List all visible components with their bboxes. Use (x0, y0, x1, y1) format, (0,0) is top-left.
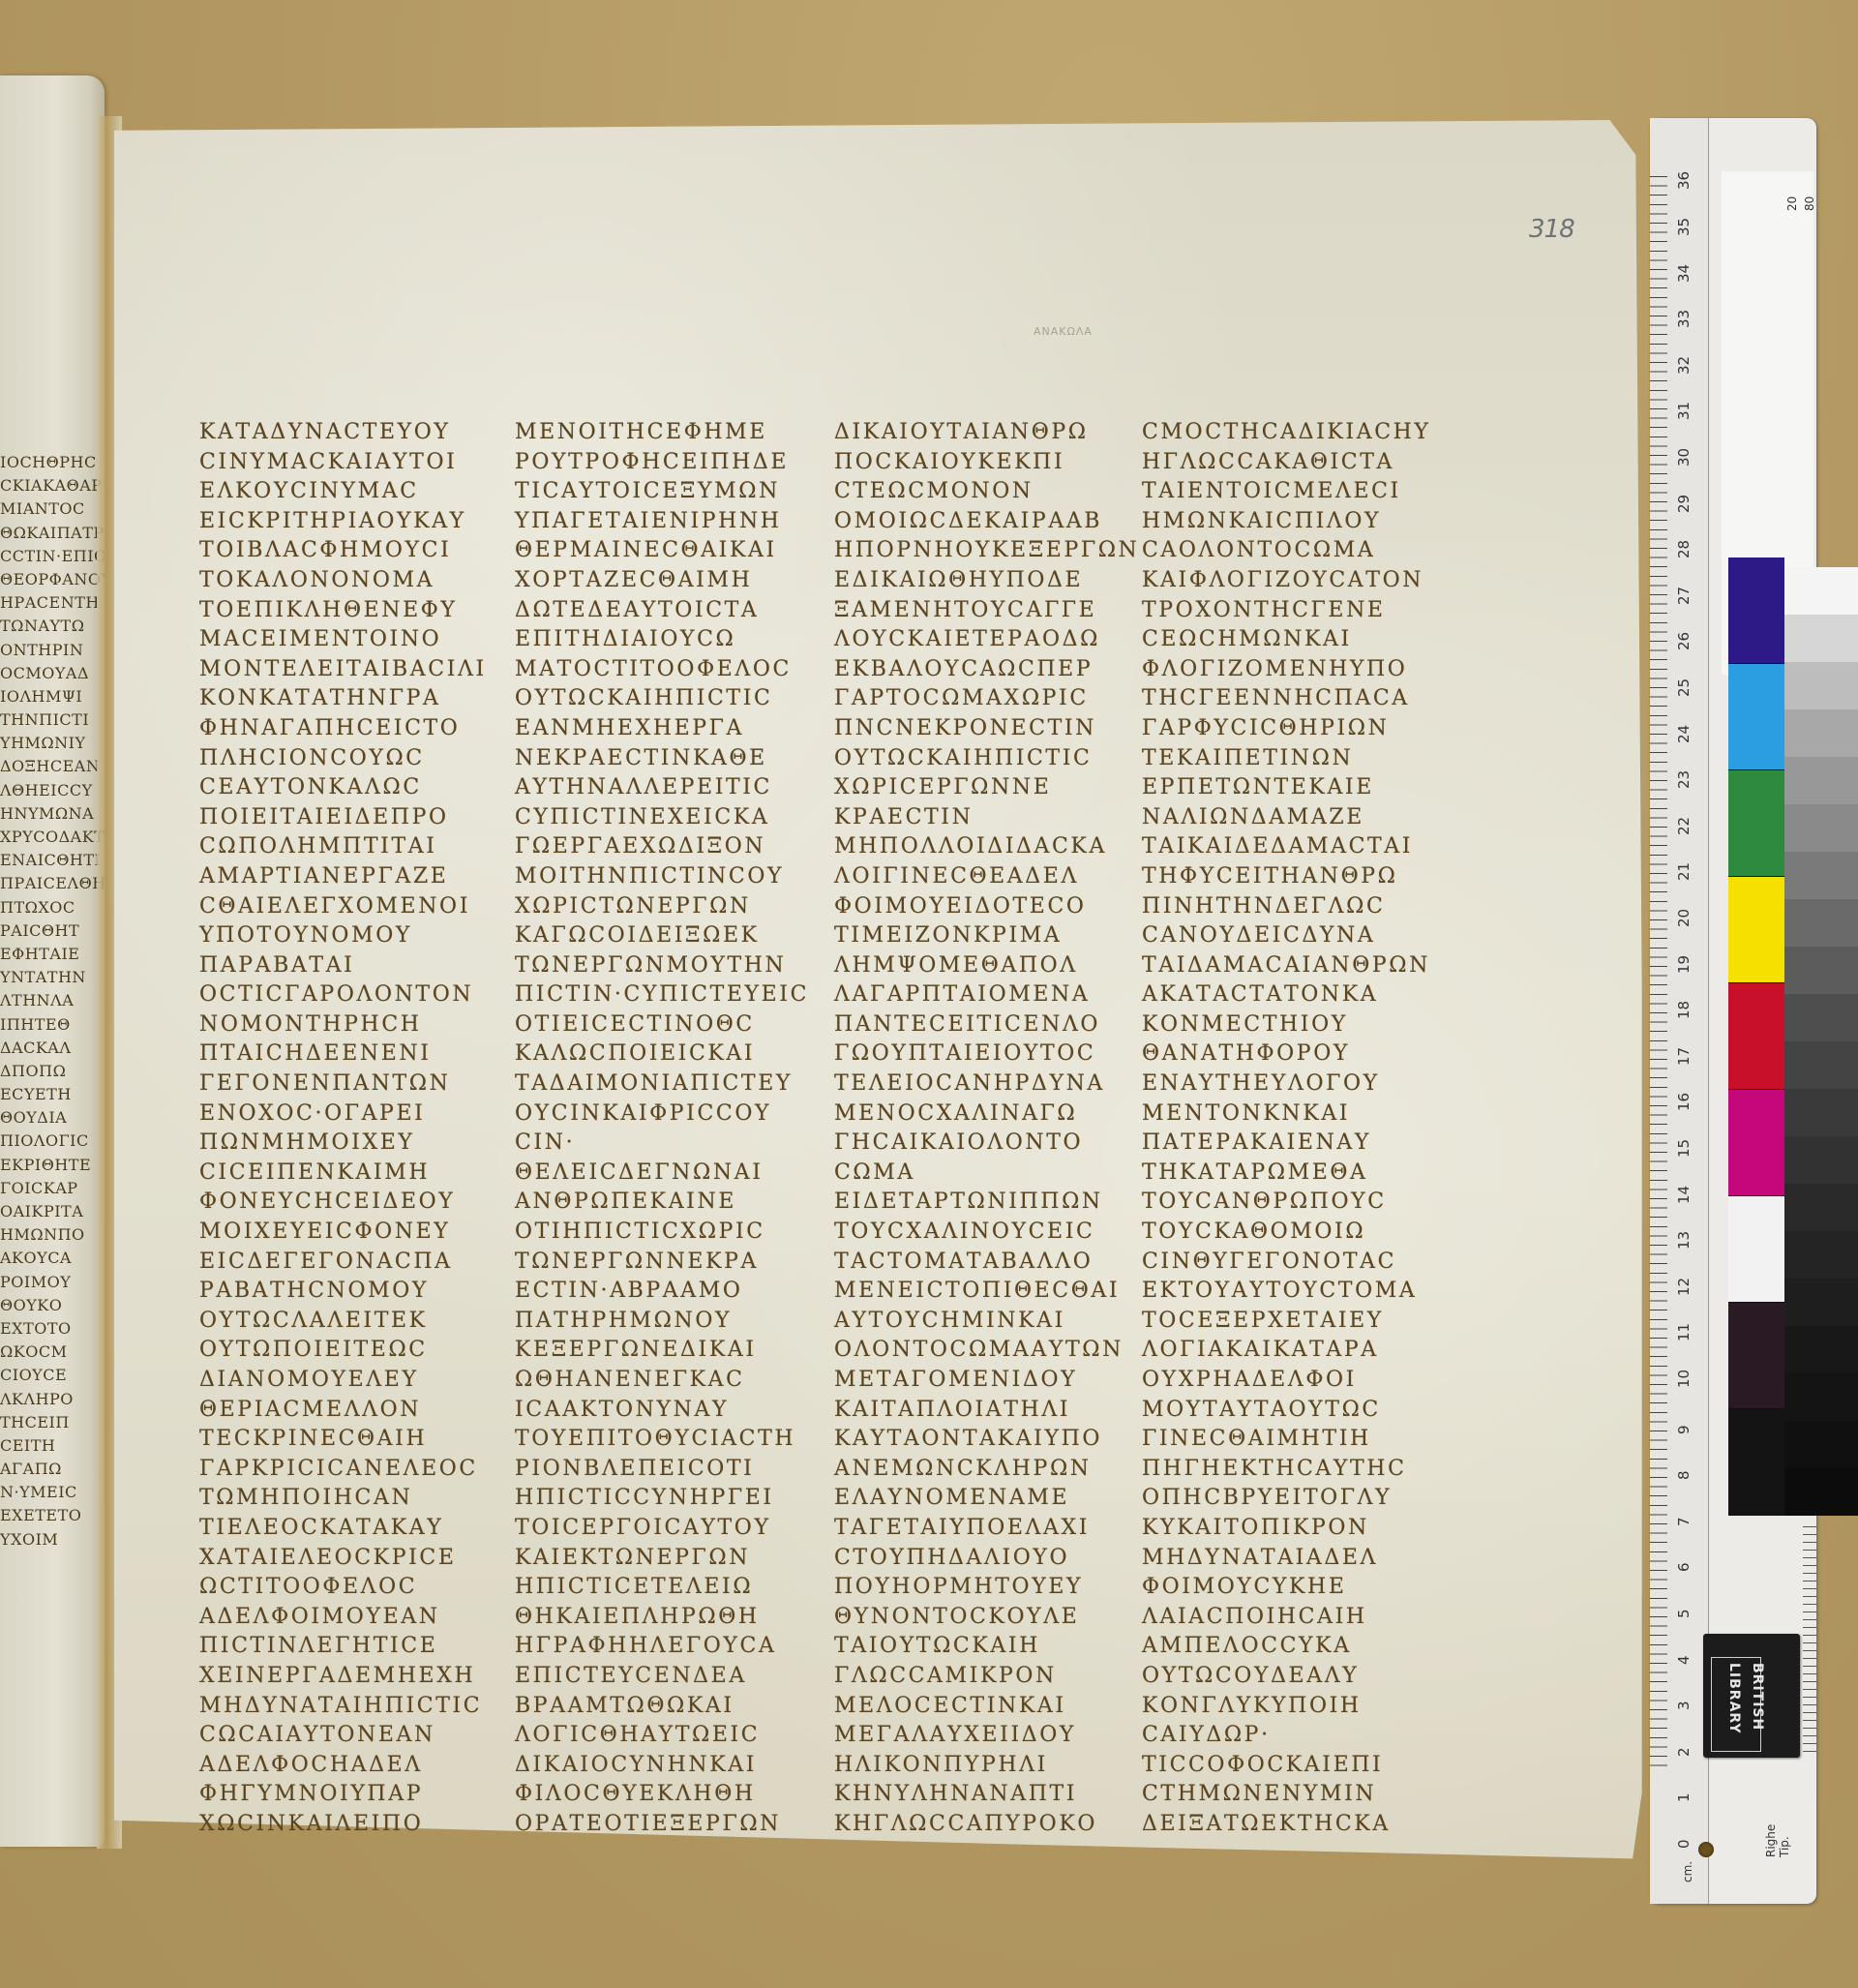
manuscript-line: ϹΑΟΛΟΝΤΟϹΩΜΑ (1142, 536, 1431, 566)
manuscript-line: ΩΘΗΑΝΕΝΕΓΚΑϹ (515, 1366, 809, 1396)
manuscript-line: ΟΥϹΙΝΚΑΙΦΡΙϹϹΟΥ (515, 1099, 809, 1130)
previous-page-line: ΔΑϹΚΑΛ (0, 1037, 105, 1060)
color-calibration-chart (1728, 557, 1858, 1516)
manuscript-line: ΠΑΝΤΕϹΕΙΤΙϹΕΝΛΟ (834, 1010, 1139, 1040)
previous-page-line: ΥΗΜΩΝΙΥ (0, 732, 105, 755)
manuscript-line: ΝΕΚΡΑΕϹΤΙΝΚΑΘΕ (515, 744, 809, 774)
manuscript-line: ΕΝΑΥΤΗΕΥΛΟΓΟΥ (1142, 1069, 1431, 1099)
manuscript-line: ΤΑΙΕΝΤΟΙϹΜΕΛΕϹΙ (1142, 477, 1431, 507)
manuscript-line: ΤΗϹΓΕΕΝΝΗϹΠΑϹΑ (1142, 684, 1431, 714)
manuscript-line: ΕϹΤΙΝ·ΑΒΡΑΑΜΟ (515, 1277, 809, 1307)
ruler-cm-label: 17 (1675, 1047, 1693, 1066)
greyscale-step (1784, 1326, 1858, 1373)
manuscript-line: ΗΓΡΑΦΗΗΛΕΓΟΥϹΑ (515, 1632, 809, 1662)
manuscript-line: ΚΑΙΕΚΤΩΝΕΡΓΩΝ (515, 1544, 809, 1574)
previous-page-line: ΕΧΕΤΕΤΟ (0, 1504, 105, 1527)
manuscript-line: ΕΑΝΜΗΕΧΗΕΡΓΑ (515, 714, 809, 744)
greyscale-step (1784, 1231, 1858, 1279)
color-patch-cyan (1728, 664, 1784, 770)
ruler-cm-label: 11 (1675, 1323, 1693, 1341)
manuscript-line: ΚΑΙΤΑΠΛΟΙΑΤΗΛΙ (834, 1396, 1139, 1426)
manuscript-line: ΕΚΤΟΥΑΥΤΟΥϹΤΟΜΑ (1142, 1277, 1431, 1307)
ruler-cm-label: 3 (1675, 1702, 1693, 1711)
manuscript-line: ΑΝΕΜΩΝϹΚΛΗΡΩΝ (834, 1455, 1139, 1485)
greyscale-step (1784, 1468, 1858, 1516)
previous-page-line: ΠΙΟΛΟΓΙϹ (0, 1130, 105, 1153)
manuscript-line: ΘΕΡΙΑϹΜΕΛΛΟΝ (199, 1396, 487, 1426)
ruler-cm-label: 15 (1675, 1139, 1693, 1158)
text-column-2: ΜΕΝΟΙΤΗϹΕΦΗΜΕΡΟΥΤΡΟΦΗϹΕΙΠΗΔΕΤΙϹΑΥΤΟΙϹΕΞΥ… (515, 418, 809, 1840)
previous-page-line: ΤΗΝΠΙϹΤΙ (0, 708, 105, 732)
previous-page-line: ΔΟΞΗϹΕΑΝ (0, 755, 105, 778)
manuscript-line: ΓΕΓΟΝΕΝΠΑΝΤΩΝ (199, 1069, 487, 1099)
ruler-cm-label: 31 (1675, 402, 1693, 420)
manuscript-line: ΚΗΝΥΛΗΝΑΝΑΠΤΙ (834, 1780, 1139, 1810)
manuscript-line: ΛΟΓΙϹΘΗΑΥΤΩΕΙϹ (515, 1721, 809, 1751)
manuscript-line: ΘΕΡΜΑΙΝΕϹΘΑΙΚΑΙ (515, 536, 809, 566)
manuscript-line: ΚΕΞΕΡΓΩΝΕΔΙΚΑΙ (515, 1336, 809, 1366)
manuscript-line: ΤΑΔΑΙΜΟΝΙΑΠΙϹΤΕΥ (515, 1069, 809, 1099)
manuscript-line: ΧΩΡΙϹΕΡΓΩΝΝΕ (834, 773, 1139, 803)
manuscript-line: ΧΩΡΙϹΤΩΝΕΡΓΩΝ (515, 892, 809, 922)
ruler-cm-label: 32 (1675, 356, 1693, 375)
manuscript-line: ΟΛΟΝΤΟϹΩΜΑΑΥΤΩΝ (834, 1336, 1139, 1366)
manuscript-line: ΟΠΗϹΒΡΥΕΙΤΟΓΛΥ (1142, 1484, 1431, 1514)
manuscript-line: ΠΑΡΑΒΑΤΑΙ (199, 951, 487, 981)
ruler-hole (1698, 1842, 1714, 1857)
color-patch-magenta (1728, 1090, 1784, 1196)
ruler-cm-label: 25 (1675, 678, 1693, 697)
manuscript-line: ΦΗΓΥΜΝΟΙΥΠΑΡ (199, 1780, 487, 1810)
manuscript-line: ΗΜΩΝΚΑΙϹΠΙΛΟΥ (1142, 507, 1431, 537)
previous-page-line: ΥΧΟΙΜ (0, 1528, 105, 1551)
ruler-cm-label: 19 (1675, 955, 1693, 974)
greyscale-step (1784, 1373, 1858, 1421)
manuscript-line: ΗΠΟΡΝΗΟΥΚΕΞΕΡΓΩΝ (834, 536, 1139, 566)
manuscript-line: ϹΙϹΕΙΠΕΝΚΑΙΜΗ (199, 1159, 487, 1189)
manuscript-line: ΑΔΕΛΦΟϹΗΑΔΕΛ (199, 1751, 487, 1781)
previous-page-line: Ν·ΥΜΕΙϹ (0, 1481, 105, 1504)
manuscript-line: ϹΘΑΙΕΛΕΓΧΟΜΕΝΟΙ (199, 892, 487, 922)
manuscript-line: ϹΤΟΥΠΗΔΑΛΙΟΥΟ (834, 1544, 1139, 1574)
manuscript-line: ΕΙϹΚΡΙΤΗΡΙΑΟΥΚΑΥ (199, 507, 487, 537)
british-library-label: BRITISH LIBRARY (1703, 1634, 1800, 1758)
previous-page-line: ΩΚΟϹΜ (0, 1340, 105, 1364)
manuscript-line: ϹΩΜΑ (834, 1159, 1139, 1189)
manuscript-line: ϹΜΟϹΤΗϹΑΔΙΚΙΑϹΗΥ (1142, 418, 1431, 448)
previous-page-line: ΕΚΡΙΘΗΤΕ (0, 1154, 105, 1177)
previous-page: ΙΟϹΗΘΡΗϹϹΚΙΑΚΑΘΑΡΜΙΑΝΤΟϹΘΩΚΑΙΠΑΤΡΙϹϹΤΙΝ·… (0, 75, 105, 1847)
manuscript-line: ΟΡΑΤΕΟΤΙΕΞΕΡΓΩΝ (515, 1810, 809, 1840)
previous-page-line: ΤΗϹΕΙΠ (0, 1411, 105, 1434)
color-patch-blue-violet (1728, 557, 1784, 664)
manuscript-line: ΤΙΕΛΕΟϹΚΑΤΑΚΑΥ (199, 1514, 487, 1544)
manuscript-line: ϹΙΝΥΜΑϹΚΑΙΑΥΤΟΙ (199, 448, 487, 478)
manuscript-line: ΧΕΙΝΕΡΓΑΔΕΜΗΕΧΗ (199, 1662, 487, 1692)
label-word-british: BRITISH (1750, 1663, 1765, 1731)
manuscript-line: ΤΗΦΥϹΕΙΤΗΑΝΘΡΩ (1142, 862, 1431, 892)
greyscale-step (1784, 1421, 1858, 1468)
previous-page-line: ΗΡΑϹΕΝΤΗ (0, 591, 105, 615)
previous-page-line: ΑΚΟΥϹΑ (0, 1247, 105, 1270)
manuscript-line: ΛΑΙΑϹΠΟΙΗϹΑΙΗ (1142, 1603, 1431, 1633)
greyscale-step (1784, 1184, 1858, 1231)
manuscript-line: ΚΟΝΓΛΥΚΥΠΟΙΗ (1142, 1692, 1431, 1722)
manuscript-line: ΜΗΔΥΝΑΤΑΙΗΠΙϹΤΙϹ (199, 1692, 487, 1722)
color-patch-red (1728, 983, 1784, 1090)
manuscript-line: ΕΚΒΑΛΟΥϹΑΩϹΠΕΡ (834, 655, 1139, 685)
manuscript-line: ΑΥΤΟΥϹΗΜΙΝΚΑΙ (834, 1307, 1139, 1337)
previous-page-line: ΧΡΥϹΟΔΑΚΤΥ (0, 826, 105, 849)
previous-page-line: ΘΟΥΚΟ (0, 1294, 105, 1317)
previous-page-line: ΜΙΑΝΤΟϹ (0, 497, 105, 521)
greyscale-step (1784, 1136, 1858, 1184)
greyscale-step (1784, 899, 1858, 947)
text-column-4: ϹΜΟϹΤΗϹΑΔΙΚΙΑϹΗΥΗΓΛΩϹϹΑΚΑΘΙϹΤΑΤΑΙΕΝΤΟΙϹΜ… (1142, 418, 1431, 1840)
manuscript-line: ΒΡΑΑΜΤΩΘΩΚΑΙ (515, 1692, 809, 1722)
ruler-cm-label: 22 (1675, 817, 1693, 835)
previous-page-line: ΛΚΛΗΡΟ (0, 1388, 105, 1411)
manuscript-line: ΜΕΓΑΛΑΥΧΕΙΙΔΟΥ (834, 1721, 1139, 1751)
manuscript-line: ΟΤΙΗΠΙϹΤΙϹΧΩΡΙϹ (515, 1218, 809, 1248)
ruler-cm-label: 23 (1675, 770, 1693, 789)
manuscript-line: ΑΔΕΛΦΟΙΜΟΥΕΑΝ (199, 1603, 487, 1633)
manuscript-line: ΔΙΚΑΙΟϹΥΝΗΝΚΑΙ (515, 1751, 809, 1781)
ruler-cm-scale: 0123456789101112131415161718192021222324… (1650, 118, 1709, 1904)
manuscript-line: ΗΓΛΩϹϹΑΚΑΘΙϹΤΑ (1142, 448, 1431, 478)
manuscript-line: ΠΙϹΤΙΝΛΕΓΗΤΙϹΕ (199, 1632, 487, 1662)
ruler-cm-label: 1 (1675, 1793, 1693, 1803)
manuscript-line: ϹΤΗΜΩΝΕΝΥΜΙΝ (1142, 1780, 1431, 1810)
ruler-cm-label: 21 (1675, 862, 1693, 881)
previous-page-line: ΘΟΥΔΙΑ (0, 1106, 105, 1130)
manuscript-line: ΔΩΤΕΔΕΑΥΤΟΙϹΤΑ (515, 596, 809, 626)
ruler-cm-label: 7 (1675, 1517, 1693, 1526)
manuscript-line: ΘΗΚΑΙΕΠΛΗΡΩΘΗ (515, 1603, 809, 1633)
color-patch-yellow (1728, 877, 1784, 983)
manuscript-line: ΠΩΝΜΗΜΟΙΧΕΥ (199, 1129, 487, 1159)
ruler-cm-label: 10 (1675, 1370, 1693, 1388)
ruler-cm-label: 35 (1675, 218, 1693, 236)
manuscript-line: ΘΕΛΕΙϹΔΕΓΝΩΝΑΙ (515, 1159, 809, 1189)
manuscript-line: ΤΙϹΑΥΤΟΙϹΕΞΥΜΩΝ (515, 477, 809, 507)
manuscript-line: ΚΥΚΑΙΤΟΠΙΚΡΟΝ (1142, 1514, 1431, 1544)
manuscript-line: ϹΩΠΟΛΗΜΠΤΙΤΑΙ (199, 832, 487, 862)
previous-page-line: ΑΓΑΠΩ (0, 1458, 105, 1481)
greyscale-step (1784, 757, 1858, 804)
manuscript-line: ΜΕΝΟΙΤΗϹΕΦΗΜΕ (515, 418, 809, 448)
manuscript-line: ΤΕϹΚΡΙΝΕϹΘΑΙΗ (199, 1425, 487, 1455)
text-column-3: ΔΙΚΑΙΟΥΤΑΙΑΝΘΡΩΠΟϹΚΑΙΟΥΚΕΚΠΙϹΤΕΩϹΜΟΝΟΝΟΜ… (834, 418, 1139, 1840)
greyscale-step (1784, 662, 1858, 709)
manuscript-line: ϹΙΝΘΥΓΕΓΟΝΟΤΑϹ (1142, 1248, 1431, 1278)
greyscale-step (1784, 1089, 1858, 1136)
manuscript-line: ΟΜΟΙΩϹΔΕΚΑΙΡΑΑΒ (834, 507, 1139, 537)
manuscript-line: ΤΟΥϹΧΑΛΙΝΟΥϹΕΙϹ (834, 1218, 1139, 1248)
previous-page-line: ΕΝΑΙϹΘΗΤΙ (0, 849, 105, 872)
previous-page-line: ΘΩΚΑΙΠΑΤΡΙ (0, 522, 105, 545)
ruler-cm-label: 6 (1675, 1563, 1693, 1573)
previous-page-line: ΡΟΙΜΟΥ (0, 1271, 105, 1294)
greyscale-step (1784, 1279, 1858, 1326)
ruler-cm-label: 9 (1675, 1425, 1693, 1434)
manuscript-line: ΤΟϹΕΞΕΡΧΕΤΑΙΕΥ (1142, 1307, 1431, 1337)
previous-page-line: ΘΕΟΡΦΑΝΟΥ (0, 568, 105, 591)
color-patches (1728, 557, 1784, 1516)
manuscript-line: ΧΩϹΙΝΚΑΙΛΕΙΠΟ (199, 1810, 487, 1840)
manuscript-line: ΚΑΙΦΛΟΓΙΖΟΥϹΑΤΟΝ (1142, 566, 1431, 596)
ruler-cm-label: 29 (1675, 495, 1693, 513)
photo-scene: ΙΟϹΗΘΡΗϹϹΚΙΑΚΑΘΑΡΜΙΑΝΤΟϹΘΩΚΑΙΠΑΤΡΙϹϹΤΙΝ·… (0, 0, 1858, 1988)
manuscript-line: ΤΟΥϹΑΝΘΡΩΠΟΥϹ (1142, 1188, 1431, 1218)
previous-page-line: ΟΑΙΚΡΙΤΑ (0, 1200, 105, 1223)
manuscript-line: ΑΥΤΗΝΑΛΛΕΡΕΙΤΙϹ (515, 773, 809, 803)
ruler-ticks (1650, 176, 1667, 1773)
manuscript-line: ΦΟΙΜΟΥϹΥΚΗΕ (1142, 1573, 1431, 1603)
manuscript-line: ΘΑΝΑΤΗΦΟΡΟΥ (1142, 1039, 1431, 1069)
manuscript-line: ΧΑΤΑΙΕΛΕΟϹΚΡΙϹΕ (199, 1544, 487, 1574)
ruler-cm-label: 34 (1675, 264, 1693, 283)
previous-page-line: ΙΟϹΗΘΡΗϹ (0, 451, 105, 474)
previous-page-line: ϹΚΙΑΚΑΘΑΡ (0, 474, 105, 497)
manuscript-line: ΜΕΛΟϹΕϹΤΙΝΚΑΙ (834, 1692, 1139, 1722)
previous-page-line: ΗΜΩΝΠΟ (0, 1223, 105, 1247)
manuscript-line: ΕΛΑΥΝΟΜΕΝΑΜΕ (834, 1484, 1139, 1514)
previous-page-line: ΕΧΤΟΤΟ (0, 1317, 105, 1340)
manuscript-line: ΚΡΑΕϹΤΙΝ (834, 803, 1139, 833)
manuscript-line: ΚΑΛΩϹΠΟΙΕΙϹΚΑΙ (515, 1039, 809, 1069)
manuscript-line: ΔΕΙΞΑΤΩΕΚΤΗϹΚΑ (1142, 1810, 1431, 1840)
manuscript-line: ΠΙϹΤΙΝ·ϹΥΠΙϹΤΕΥΕΙϹ (515, 980, 809, 1010)
manuscript-line: ΤΟΙϹΕΡΓΟΙϹΑΥΤΟΥ (515, 1514, 809, 1544)
color-patch-black (1728, 1409, 1784, 1516)
color-patch-white (1728, 1196, 1784, 1303)
manuscript-line: ΤΕΚΑΙΠΕΤΙΝΩΝ (1142, 744, 1431, 774)
manuscript-line: ΓΑΡΦΥϹΙϹΘΗΡΙΩΝ (1142, 714, 1431, 744)
ruler-cm-label: 24 (1675, 725, 1693, 743)
manuscript-line: ΤΑΙΔΑΜΑϹΑΙΑΝΘΡΩΝ (1142, 951, 1431, 981)
color-patch-dark-brown (1728, 1303, 1784, 1409)
manuscript-line: ΗΠΙϹΤΙϹϹΥΝΗΡΓΕΙ (515, 1484, 809, 1514)
manuscript-line: ΤΑϹΤΟΜΑΤΑΒΑΛΛΟ (834, 1248, 1139, 1278)
manuscript-line: ΩϹΤΙΤΟΟΦΕΛΟϹ (199, 1573, 487, 1603)
manuscript-line: ΦΟΙΜΟΥΕΙΔΟΤΕϹΟ (834, 892, 1139, 922)
manuscript-line: ϹΕΑΥΤΟΝΚΑΛΩϹ (199, 773, 487, 803)
manuscript-line: ΤΙΜΕΙΖΟΝΚΡΙΜΑ (834, 921, 1139, 951)
manuscript-line: ΝΟΜΟΝΤΗΡΗϹΗ (199, 1010, 487, 1040)
ruler-cm-label: 30 (1675, 448, 1693, 467)
manuscript-line: ΜΟΙΤΗΝΠΙϹΤΙΝϹΟΥ (515, 862, 809, 892)
ruler-cm-label: 20 (1675, 909, 1693, 927)
manuscript-line: ΡΙΟΝΒΛΕΠΕΙϹΟΤΙ (515, 1455, 809, 1485)
manuscript-line: ΤΑΓΕΤΑΙΥΠΟΕΛΑΧΙ (834, 1514, 1139, 1544)
manuscript-line: ΥΠΟΤΟΥΝΟΜΟΥ (199, 921, 487, 951)
previous-page-line: ΤΩΝΑΥΤΩ (0, 615, 105, 638)
manuscript-line: ΜΕΝΤΟΝΚΝΚΑΙ (1142, 1099, 1431, 1130)
manuscript-line: ϹΩϹΑΙΑΥΤΟΝΕΑΝ (199, 1721, 487, 1751)
manuscript-line: ΤΡΟΧΟΝΤΗϹΓΕΝΕ (1142, 596, 1431, 626)
manuscript-line: ΦΛΟΓΙΖΟΜΕΝΗΥΠΟ (1142, 655, 1431, 685)
manuscript-line: ΛΟΓΙΑΚΑΙΚΑΤΑΡΑ (1142, 1336, 1431, 1366)
previous-page-line: ΔΠΟΠΩ (0, 1060, 105, 1083)
manuscript-line: ΓΑΡΤΟϹΩΜΑΧΩΡΙϹ (834, 684, 1139, 714)
manuscript-line: ϹΥΠΙϹΤΙΝΕΧΕΙϹΚΑ (515, 803, 809, 833)
manuscript-line: ΛΟΥϹΚΑΙΕΤΕΡΑΟΔΩ (834, 625, 1139, 655)
manuscript-line: ΕΙϹΔΕΓΕΓΟΝΑϹΠΑ (199, 1248, 487, 1278)
manuscript-line: ΜΑϹΕΙΜΕΝΤΟΙΝΟ (199, 625, 487, 655)
greyscale-step (1784, 852, 1858, 899)
greyscale-step (1784, 709, 1858, 757)
manuscript-line: ΤΑΙΚΑΙΔΕΔΑΜΑϹΤΑΙ (1142, 832, 1431, 862)
manuscript-line: ΟΥΤΩϹΛΑΛΕΙΤΕΚ (199, 1307, 487, 1337)
manuscript-line: ΕΠΙϹΤΕΥϹΕΝΔΕΑ (515, 1662, 809, 1692)
manuscript-line: ΕΝΟΧΟϹ·ΟΓΑΡΕΙ (199, 1099, 487, 1130)
manuscript-line: ΡΟΥΤΡΟΦΗϹΕΙΠΗΔΕ (515, 448, 809, 478)
ruler-cm-label: 18 (1675, 1001, 1693, 1019)
previous-page-line: ΛΤΗΝΛΑ (0, 989, 105, 1012)
manuscript-line: ΠΗΓΗΕΚΤΗϹΑΥΤΗϹ (1142, 1455, 1431, 1485)
manuscript-line: ΤΩΜΗΠΟΙΗϹΑΝ (199, 1484, 487, 1514)
manuscript-line: ΜΕΝΕΙϹΤΟΠΙΘΕϹΘΑΙ (834, 1277, 1139, 1307)
previous-page-line: ϹΙΟΥϹΕ (0, 1364, 105, 1387)
ruler-cm-label: 12 (1675, 1278, 1693, 1296)
manuscript-line: ΠΟΥΗΟΡΜΗΤΟΥΕΥ (834, 1573, 1139, 1603)
manuscript-line: ΟϹΤΙϹΓΑΡΟΛΟΝΤΟΝ (199, 980, 487, 1010)
manuscript-line: ΚΑΤΑΔΥΝΑϹΤΕΥΟΥ (199, 418, 487, 448)
ruler-cm-label: 0 (1675, 1839, 1693, 1849)
greyscale-step (1784, 615, 1858, 662)
manuscript-line: ΟΥΤΩϹΟΥΔΕΑΛΥ (1142, 1662, 1431, 1692)
manuscript-line: ΚΟΝΜΕϹΤΗΙΟΥ (1142, 1010, 1431, 1040)
manuscript-line: ΑΚΑΤΑϹΤΑΤΟΝΚΑ (1142, 980, 1431, 1010)
manuscript-line: ϹΤΕΩϹΜΟΝΟΝ (834, 477, 1139, 507)
manuscript-line: ΜΗΔΥΝΑΤΑΙΑΔΕΛ (1142, 1544, 1431, 1574)
ruler-cm-label: 26 (1675, 632, 1693, 650)
greyscale-step (1784, 804, 1858, 852)
manuscript-line: ΠΤΑΙϹΗΔΕΕΝΕΝΙ (199, 1039, 487, 1069)
manuscript-line: ΕΠΙΤΗΔΙΑΙΟΥϹΩ (515, 625, 809, 655)
previous-page-line: ΥΝΤΑΤΗΝ (0, 966, 105, 989)
ruler-secondary-top-80: 80 (1803, 196, 1816, 211)
manuscript-line: ΜΑΤΟϹΤΙΤΟΟΦΕΛΟϹ (515, 655, 809, 685)
manuscript-line: ΠΝϹΝΕΚΡΟΝΕϹΤΙΝ (834, 714, 1139, 744)
manuscript-line: ΜΟΥΤΑΥΤΑΟΥΤΩϹ (1142, 1396, 1431, 1426)
previous-page-line: ΕΦΗΤΑΙΕ (0, 943, 105, 966)
manuscript-line: ΜΕΤΑΓΟΜΕΝΙΔΟΥ (834, 1366, 1139, 1396)
ruler-secondary-top-20: 20 (1785, 196, 1799, 211)
manuscript-line: ΕΡΠΕΤΩΝΤΕΚΑΙΕ (1142, 773, 1431, 803)
manuscript-line: ϹΑΙΥΔΩΡ· (1142, 1721, 1431, 1751)
manuscript-line: ϹΙΝ· (515, 1129, 809, 1159)
manuscript-line: ΤΕΛΕΙΟϹΑΝΗΡΔΥΝΑ (834, 1069, 1139, 1099)
color-patch-green (1728, 770, 1784, 877)
previous-page-line: ΗΝΥΜΩΝΑ (0, 802, 105, 826)
greyscale-step (1784, 994, 1858, 1041)
manuscript-line: ΠΟϹΚΑΙΟΥΚΕΚΠΙ (834, 448, 1139, 478)
previous-page-line: ΠΡΑΙϹΕΛΘΗ (0, 872, 105, 895)
previous-page-line: ΙΠΗΤΕΘ (0, 1013, 105, 1037)
label-word-library: LIBRARY (1726, 1663, 1742, 1734)
ruler-cm-label: 27 (1675, 587, 1693, 605)
ruler-cm-label: 33 (1675, 310, 1693, 328)
manuscript-line: ΟΥΤΩΠΟΙΕΙΤΕΩϹ (199, 1336, 487, 1366)
manuscript-line: ΤΟΕΠΙΚΛΗΘΕΝΕΦΥ (199, 596, 487, 626)
manuscript-line: ΠΙΝΗΤΗΝΔΕΓΛΩϹ (1142, 892, 1431, 922)
manuscript-line: ΤΙϹϹΟΦΟϹΚΑΙΕΠΙ (1142, 1751, 1431, 1781)
manuscript-line: ΜΕΝΟϹΧΑΛΙΝΑΓΩ (834, 1099, 1139, 1130)
manuscript-line: ΜΟΙΧΕΥΕΙϹΦΟΝΕΥ (199, 1218, 487, 1248)
manuscript-line: ΜΟΝΤΕΛΕΙΤΑΙΒΑϹΙΛΙ (199, 655, 487, 685)
ruler-cm-label: 2 (1675, 1747, 1693, 1757)
manuscript-line: ΑΜΑΡΤΙΑΝΕΡΓΑΖΕ (199, 862, 487, 892)
manuscript-line: ΑΝΘΡΩΠΕΚΑΙΝΕ (515, 1188, 809, 1218)
manuscript-line: ΓΛΩϹϹΑΜΙΚΡΟΝ (834, 1662, 1139, 1692)
manuscript-line: ΓΩΟΥΠΤΑΙΕΙΟΥΤΟϹ (834, 1039, 1139, 1069)
greyscale-step (1784, 567, 1858, 615)
manuscript-line: ΗΛΙΚΟΝΠΥΡΗΛΙ (834, 1751, 1139, 1781)
previous-page-line: ΡΑΙϹΘΗΤ (0, 919, 105, 943)
ruler-cm-label: 13 (1675, 1231, 1693, 1250)
manuscript-line: ΧΟΡΤΑΖΕϹΘΑΙΜΗ (515, 566, 809, 596)
manuscript-line: ΤΑΙΟΥΤΩϹΚΑΙΗ (834, 1632, 1139, 1662)
manuscript-line: ΤΟΚΑΛΟΝΟΝΟΜΑ (199, 566, 487, 596)
manuscript-line: ΔΙΑΝΟΜΟΥΕΛΕΥ (199, 1366, 487, 1396)
previous-page-line: ϹϹΤΙΝ·ΕΠΙϹ (0, 545, 105, 568)
ruler-unit-label: cm. (1681, 1861, 1694, 1883)
ruler-secondary-label: Righe Tip. (1764, 1805, 1791, 1857)
ruler-cm-label: 14 (1675, 1186, 1693, 1204)
manuscript-line: ΟΤΙΕΙϹΕϹΤΙΝΟΘϹ (515, 1010, 809, 1040)
previous-page-line: ΙΟΛΗΜΨΙ (0, 685, 105, 708)
manuscript-line: ΟΥΤΩϹΚΑΙΗΠΙϹΤΙϹ (515, 684, 809, 714)
manuscript-line: ΕΔΙΚΑΙΩΘΗΥΠΟΔΕ (834, 566, 1139, 596)
manuscript-line: ΛΟΙΓΙΝΕϹΘΕΑΔΕΛ (834, 862, 1139, 892)
ruler-cm-label: 28 (1675, 540, 1693, 558)
manuscript-line: ΡΑΒΑΤΗϹΝΟΜΟΥ (199, 1277, 487, 1307)
previous-page-line: ΕϹΥΕΤΗ (0, 1083, 105, 1106)
manuscript-line: ΠΑΤΗΡΗΜΩΝΟΥ (515, 1307, 809, 1337)
manuscript-line: ΛΗΜΨΟΜΕΘΑΠΟΛ (834, 951, 1139, 981)
manuscript-line: ΝΑΛΙΩΝΔΑΜΑΖΕ (1142, 803, 1431, 833)
manuscript-line: ΤΗΚΑΤΑΡΩΜΕΘΑ (1142, 1159, 1431, 1189)
manuscript-line: ΚΑΓΩϹΟΙΔΕΙΞΩΕΚ (515, 921, 809, 951)
manuscript-line: ΦΗΝΑΓΑΠΗϹΕΙϹΤΟ (199, 714, 487, 744)
ruler-cm-label: 5 (1675, 1609, 1693, 1618)
manuscript-line: ΔΙΚΑΙΟΥΤΑΙΑΝΘΡΩ (834, 418, 1139, 448)
text-column-1: ΚΑΤΑΔΥΝΑϹΤΕΥΟΥϹΙΝΥΜΑϹΚΑΙΑΥΤΟΙΕΛΚΟΥϹΙΝΥΜΑ… (199, 418, 487, 1840)
manuscript-line: ΞΑΜΕΝΗΤΟΥϹΑΓΓΕ (834, 596, 1139, 626)
previous-page-line: ΠΤΩΧΟϹ (0, 896, 105, 919)
manuscript-line: ΜΗΠΟΛΛΟΙΔΙΔΑϹΚΑ (834, 832, 1139, 862)
faint-marginal-note: ΑΝΑΚΩΛΑ (1034, 325, 1093, 338)
ruler-cm-label: 36 (1675, 171, 1693, 190)
manuscript-line: ΤΟΥΕΠΙΤΟΘΥϹΙΑϹΤΗ (515, 1425, 809, 1455)
folio-number: 318 (1529, 215, 1574, 244)
manuscript-line: ΤΩΝΕΡΓΩΝΝΕΚΡΑ (515, 1248, 809, 1278)
manuscript-line: ΚΑΥΤΑΟΝΤΑΚΑΙΥΠΟ (834, 1425, 1139, 1455)
previous-page-line: ϹΕΙΤΗ (0, 1434, 105, 1458)
greyscale-step (1784, 1041, 1858, 1089)
ruler-cm-label: 8 (1675, 1471, 1693, 1481)
greyscale-step (1784, 947, 1858, 994)
manuscript-line: ΠΛΗϹΙΟΝϹΟΥΩϹ (199, 744, 487, 774)
previous-page-text: ΙΟϹΗΘΡΗϹϹΚΙΑΚΑΘΑΡΜΙΑΝΤΟϹΘΩΚΑΙΠΑΤΡΙϹϹΤΙΝ·… (0, 451, 105, 1551)
manuscript-line: ϹΕΩϹΗΜΩΝΚΑΙ (1142, 625, 1431, 655)
manuscript-line: ΛΑΓΑΡΠΤΑΙΟΜΕΝΑ (834, 980, 1139, 1010)
manuscript-line: ΤΟΥϹΚΑΘΟΜΟΙΩ (1142, 1218, 1431, 1248)
manuscript-line: ΓΙΝΕϹΘΑΙΜΗΤΙΗ (1142, 1425, 1431, 1455)
manuscript-line: ΑΜΠΕΛΟϹϹΥΚΑ (1142, 1632, 1431, 1662)
